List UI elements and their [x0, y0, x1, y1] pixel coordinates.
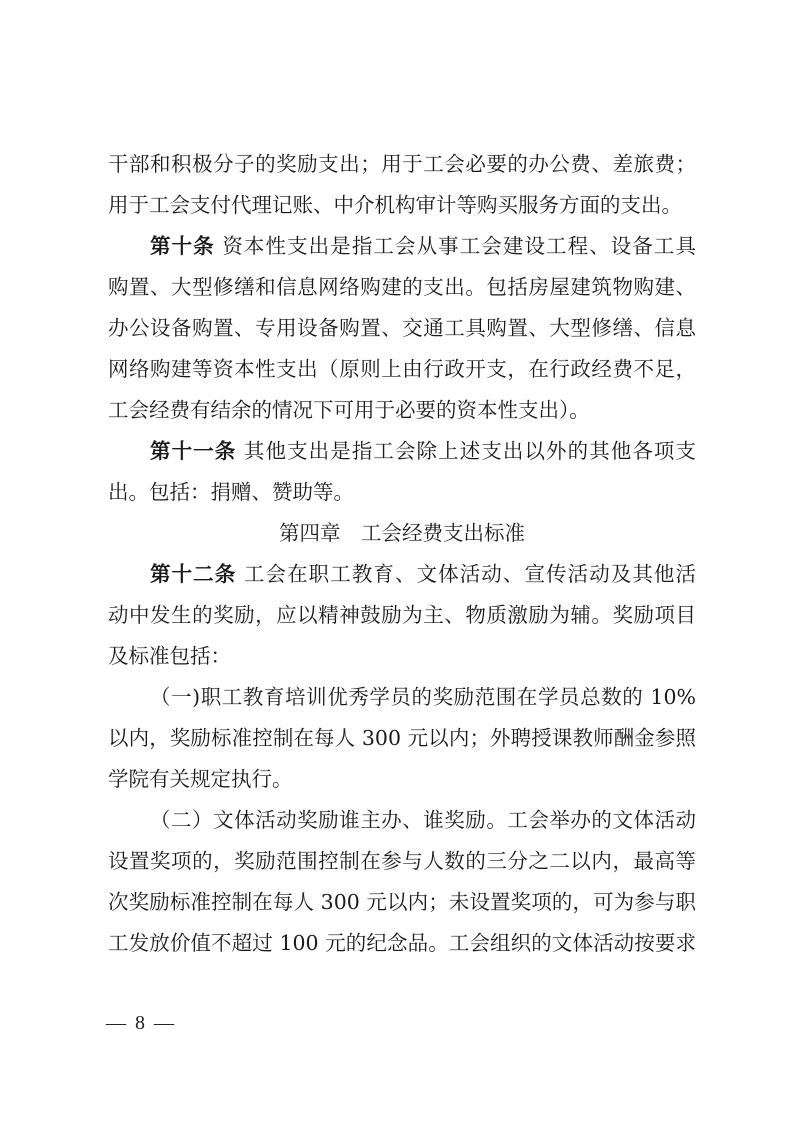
- line-text: 出。包括：捐赠、赞助等。: [108, 480, 354, 504]
- paragraph-line: 工发放价值不超过 100 元的纪念品。工会组织的文体活动按要求: [108, 923, 696, 964]
- paragraph-line: 设置奖项的，奖励范围控制在参与人数的三分之二以内，最高等: [108, 841, 696, 882]
- line-text: 工会经费有结余的情况下可用于必要的资本性支出）。: [108, 398, 590, 422]
- line-text: 设置奖项的，奖励范围控制在参与人数的三分之二以内，最高等: [108, 849, 696, 873]
- paragraph-line: 次奖励标准控制在每人 300 元以内；未设置奖项的，可为参与职: [108, 882, 696, 923]
- list-item-line: （一)职工教育培训优秀学员的奖励范围在学员总数的 10%: [108, 677, 696, 718]
- paragraph-line: 及标准包括：: [108, 636, 696, 677]
- line-text: 干部和积极分子的奖励支出；用于工会必要的办公费、差旅费；: [108, 152, 696, 176]
- document-page: 干部和积极分子的奖励支出；用于工会必要的办公费、差旅费； 用于工会支付代理记账、…: [108, 144, 696, 964]
- chapter-heading: 第四章 工会经费支出标准: [108, 513, 696, 554]
- paragraph-line: 网络购建等资本性支出（原则上由行政开支，在行政经费不足，: [108, 349, 696, 390]
- paragraph-line: 以内，奖励标准控制在每人 300 元以内；外聘授课教师酬金参照: [108, 718, 696, 759]
- paragraph-line: 办公设备购置、专用设备购置、交通工具购置、大型修缮、信息: [108, 308, 696, 349]
- paragraph-line: 动中发生的奖励，应以精神鼓励为主、物质激励为辅。奖励项目: [108, 595, 696, 636]
- article-title: 第十一条: [150, 439, 236, 463]
- line-text: 用于工会支付代理记账、中介机构审计等购买服务方面的支出。: [108, 193, 682, 217]
- paragraph-line: 用于工会支付代理记账、中介机构审计等购买服务方面的支出。: [108, 185, 696, 226]
- list-item-line: （二）文体活动奖励谁主办、谁奖励。工会举办的文体活动: [108, 800, 696, 841]
- article-12-line: 第十二条 工会在职工教育、文体活动、宣传活动及其他活: [108, 554, 696, 595]
- paragraph-line: 学院有关规定执行。: [108, 759, 696, 800]
- line-text: 办公设备购置、专用设备购置、交通工具购置、大型修缮、信息: [108, 316, 696, 340]
- line-text: 工会在职工教育、文体活动、宣传活动及其他活: [236, 562, 696, 586]
- article-title: 第十条: [150, 234, 215, 258]
- line-text: 资本性支出是指工会从事工会建设工程、设备工具: [215, 234, 696, 258]
- line-text: 及标准包括：: [108, 644, 231, 668]
- article-title: 第十二条: [150, 562, 236, 586]
- paragraph-line: 购置、大型修缮和信息网络购建的支出。包括房屋建筑物购建、: [108, 267, 696, 308]
- article-11-line: 第十一条 其他支出是指工会除上述支出以外的其他各项支: [108, 431, 696, 472]
- line-text: （二）文体活动奖励谁主办、谁奖励。工会举办的文体活动: [150, 808, 696, 832]
- line-text: 其他支出是指工会除上述支出以外的其他各项支: [236, 439, 696, 463]
- line-text: 购置、大型修缮和信息网络购建的支出。包括房屋建筑物购建、: [108, 275, 696, 299]
- line-text: 动中发生的奖励，应以精神鼓励为主、物质激励为辅。奖励项目: [108, 603, 696, 627]
- line-text: （一)职工教育培训优秀学员的奖励范围在学员总数的 10%: [150, 685, 696, 709]
- line-text: 以内，奖励标准控制在每人 300 元以内；外聘授课教师酬金参照: [108, 726, 696, 750]
- line-text: 学院有关规定执行。: [108, 767, 293, 791]
- page-number: — 8 —: [106, 1012, 176, 1035]
- article-10-line: 第十条 资本性支出是指工会从事工会建设工程、设备工具: [108, 226, 696, 267]
- line-text: 工发放价值不超过 100 元的纪念品。工会组织的文体活动按要求: [108, 931, 696, 955]
- line-text: 网络购建等资本性支出（原则上由行政开支，在行政经费不足，: [108, 357, 696, 381]
- paragraph-line: 出。包括：捐赠、赞助等。: [108, 472, 696, 513]
- paragraph-line: 干部和积极分子的奖励支出；用于工会必要的办公费、差旅费；: [108, 144, 696, 185]
- paragraph-line: 工会经费有结余的情况下可用于必要的资本性支出）。: [108, 390, 696, 431]
- line-text: 次奖励标准控制在每人 300 元以内；未设置奖项的，可为参与职: [108, 890, 696, 914]
